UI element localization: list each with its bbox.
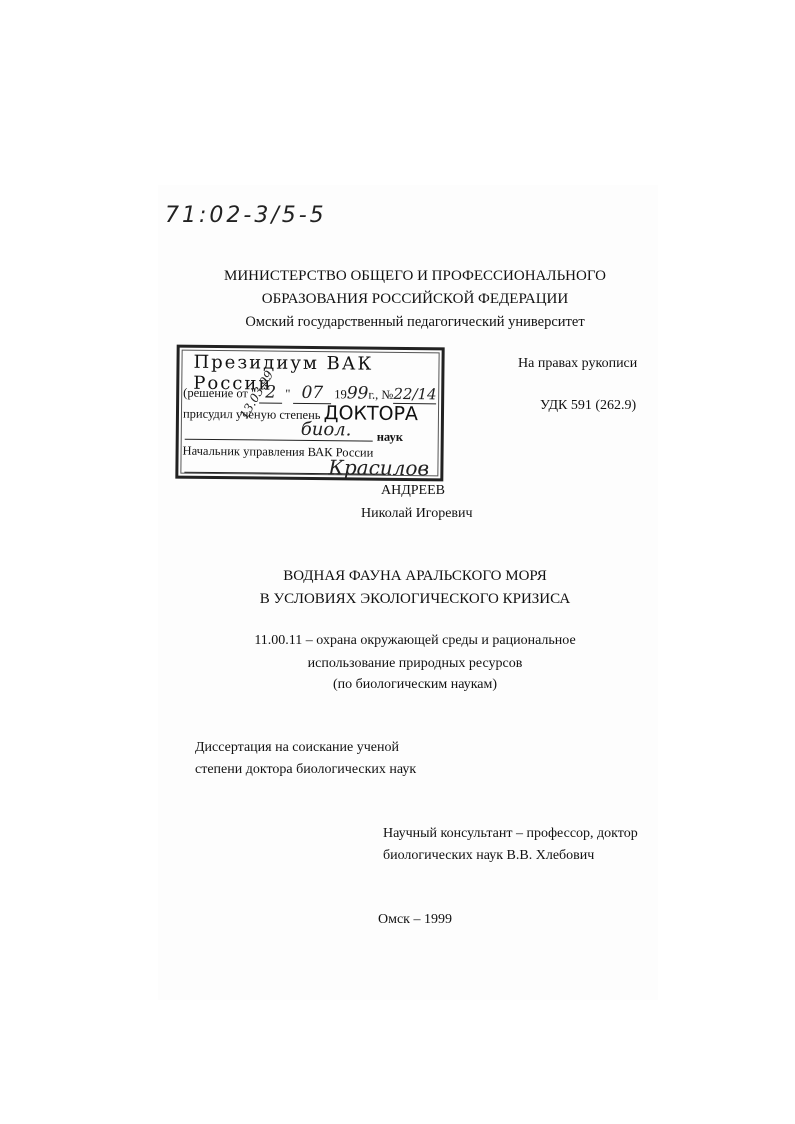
ministry-line-2: ОБРАЗОВАНИЯ РОССИЙСКОЙ ФЕДЕРАЦИИ (0, 291, 795, 308)
field-suffix: наук (377, 430, 403, 445)
head-signature: Красилов (328, 455, 429, 480)
dissertation-title-line-2: В УСЛОВИЯХ ЭКОЛОГИЧЕСКОГО КРИЗИСА (0, 591, 795, 608)
ministry-line-1: МИНИСТЕРСТВО ОБЩЕГО И ПРОФЕССИОНАЛЬНОГО (0, 268, 795, 285)
consultant-line-1: Научный консультант – профессор, доктор (383, 826, 638, 842)
vak-stamp: Президиум ВАК России (решение от " 2 " 0… (175, 345, 444, 482)
specialty-line-2: использование природных ресурсов (0, 656, 795, 672)
dissertation-line-2: степени доктора биологических наук (195, 762, 416, 778)
manuscript-rights-note: На правах рукописи (518, 356, 637, 372)
dissertation-title-line-1: ВОДНАЯ ФАУНА АРАЛЬСКОГО МОРЯ (0, 568, 795, 585)
specialty-line-3: (по биологическим наукам) (0, 677, 795, 693)
consultant-line-2: биологических наук В.В. Хлебович (383, 848, 594, 864)
dissertation-line-1: Диссертация на соискание ученой (195, 740, 399, 756)
specialty-line-1: 11.00.11 – охрана окружающей среды и рац… (0, 633, 795, 649)
university-name: Омский государственный педагогический ун… (0, 314, 795, 331)
author-name: Николай Игоревич (361, 506, 473, 522)
author-surname: АНДРЕЕВ (381, 483, 445, 499)
udc-code: УДК 591 (262.9) (540, 398, 636, 414)
city-year: Омск – 1999 (0, 912, 795, 928)
field-handwritten: биол. (301, 419, 352, 441)
archive-code: 71:02-3/5-5 (165, 203, 327, 228)
decision-number: 22/14 (393, 385, 436, 404)
decision-year: 99 (347, 383, 369, 403)
